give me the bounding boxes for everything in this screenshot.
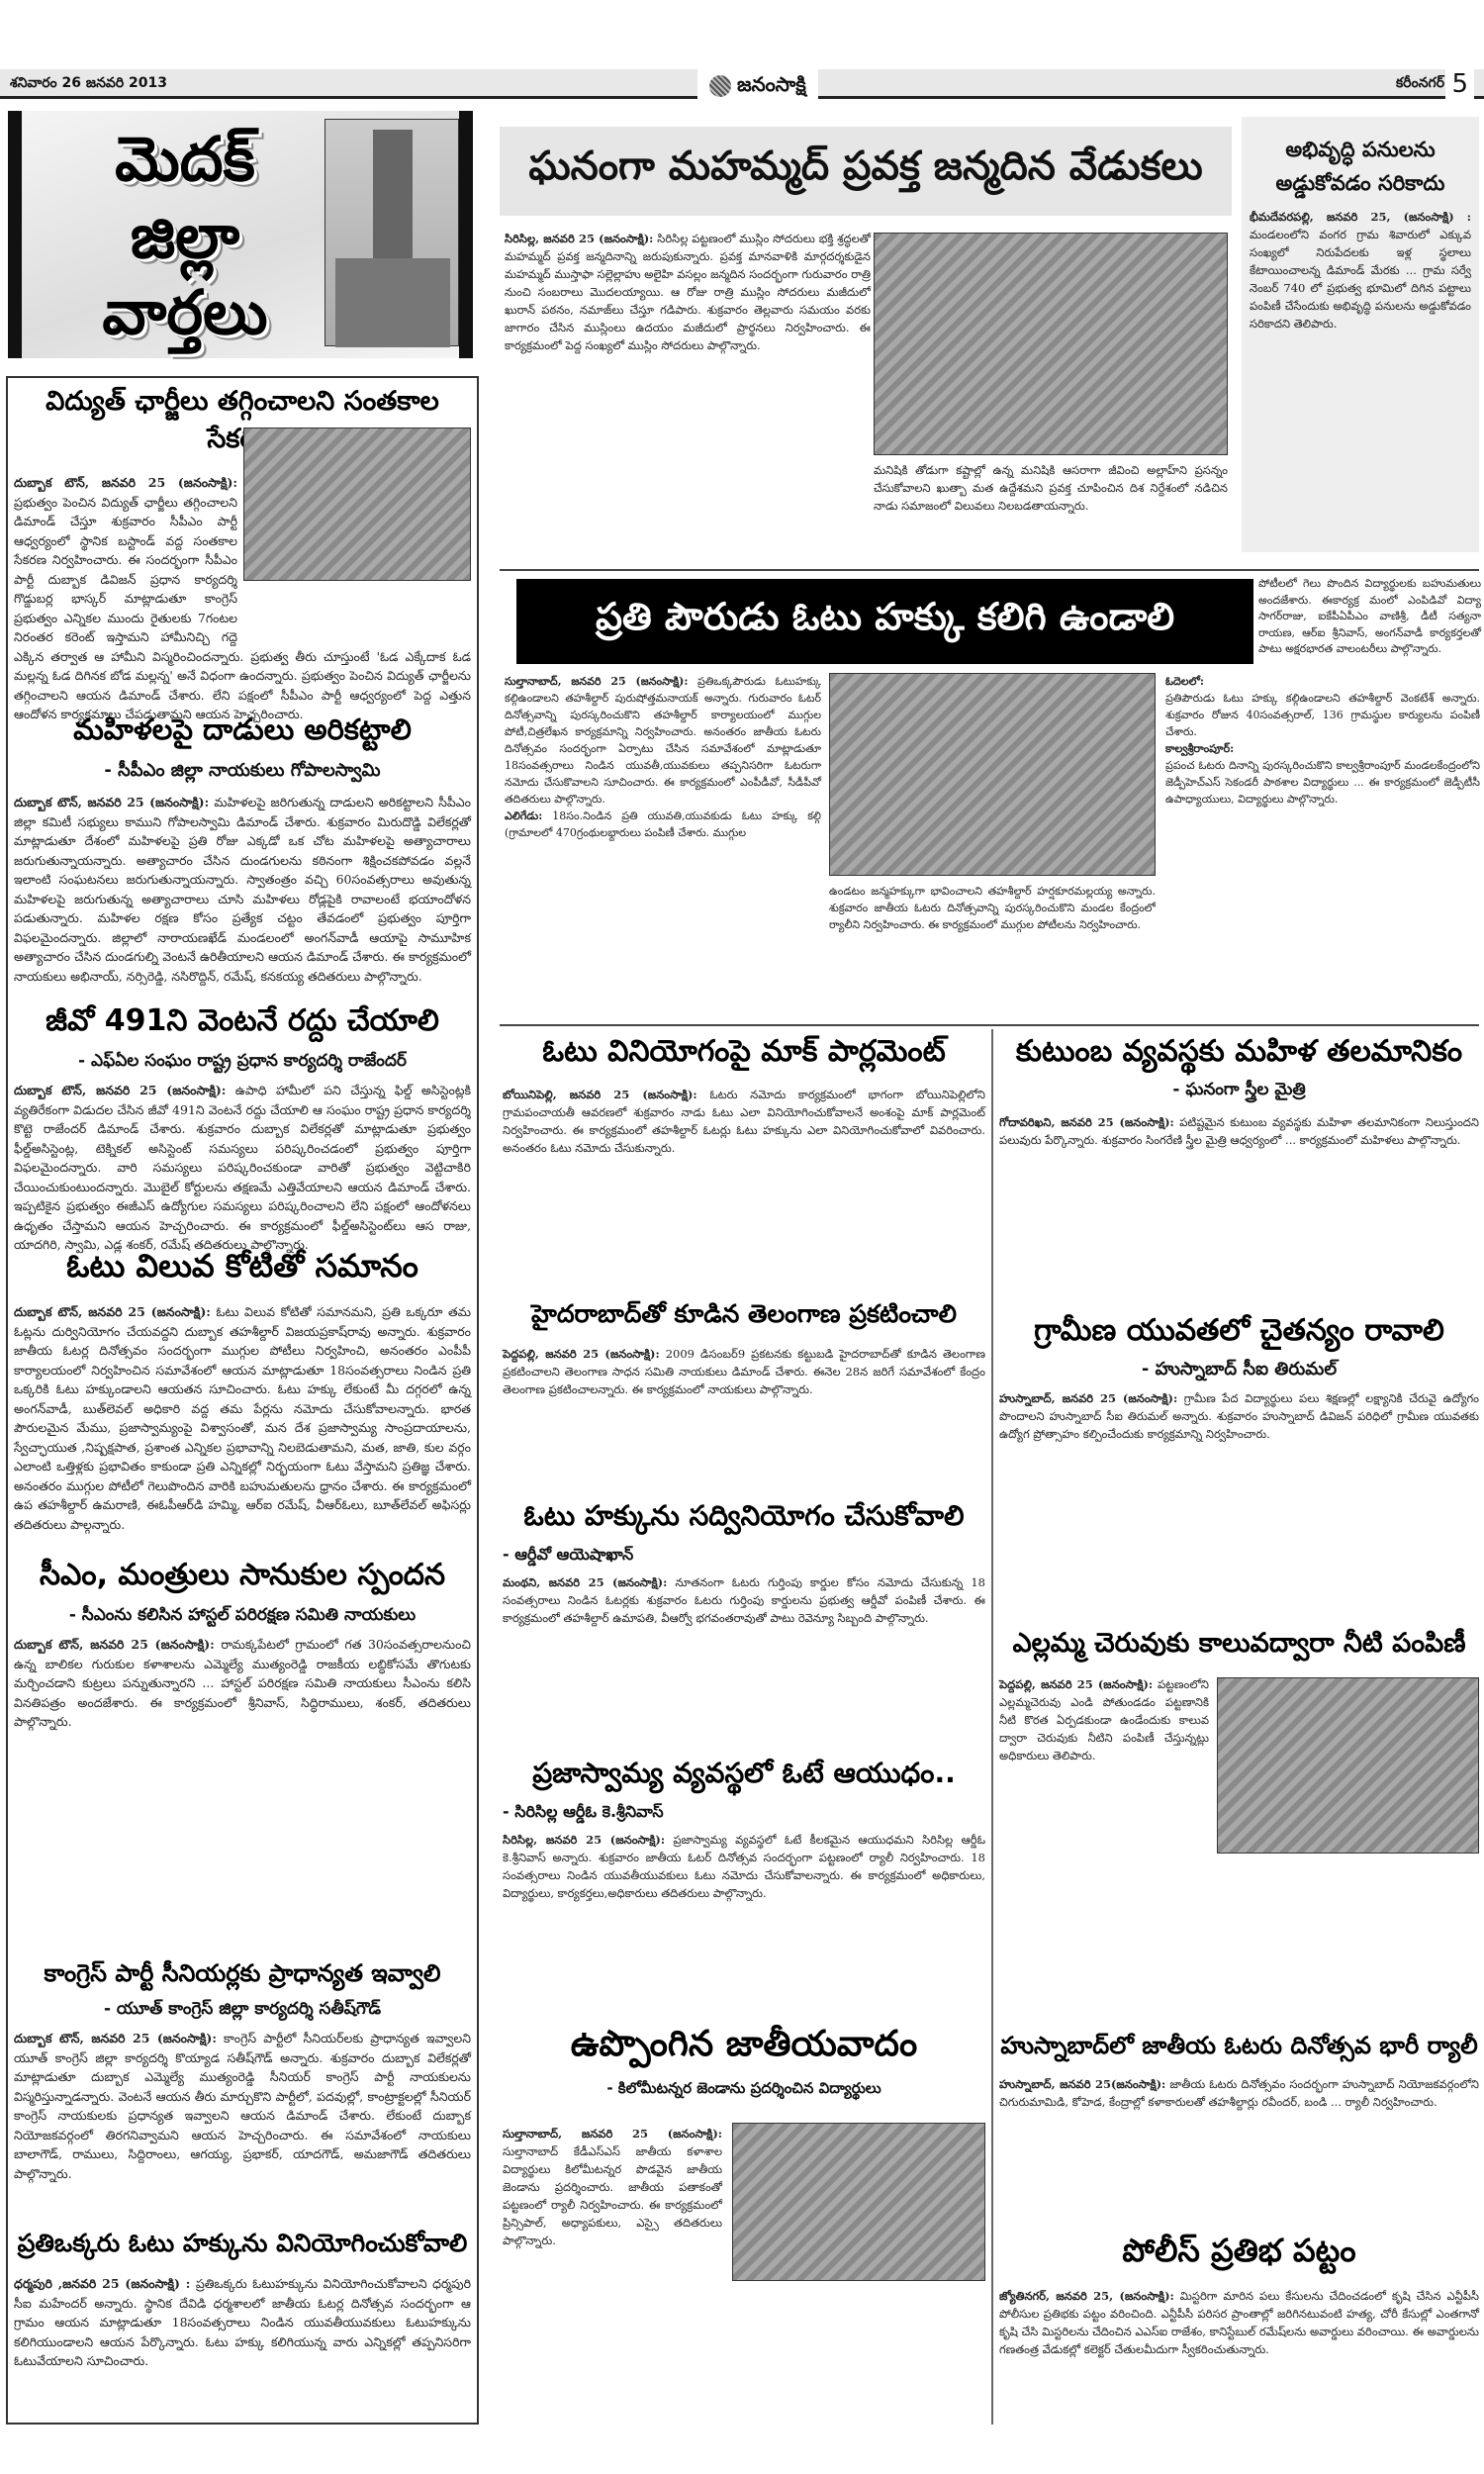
headline: కుటుంబ వ్యవస్థకు మహిళ తలమానికం <box>999 1034 1479 1076</box>
dateline: మంథని, జనవరి 25 (జనంసాక్షి): <box>503 1575 667 1589</box>
feature-body-continued: మనిషికి తోడుగా కష్టాల్లో ఉన్న మనిషికి ఆస… <box>874 461 1228 515</box>
vote-right-top: పోటీలలో గెలు పొందిన విద్యార్థులకు బహుమతు… <box>1258 576 1481 658</box>
flag-rally-photo <box>732 2123 985 2281</box>
body-text: ఉపాధి హామీలో పని చేస్తున్న ఫిల్డ్ అసిస్ట… <box>14 1083 471 1252</box>
church-photo <box>325 119 459 346</box>
body-text: ఓటు విలువ కోటితో సమానమని, ప్రతి ఒక్కరూ త… <box>14 1304 471 1532</box>
article-everyone-vote: ప్రతిఒక్కరు ఓటు హక్కును వినియోగించుకోవాల… <box>14 2229 471 2371</box>
vote-headline-box: ప్రతి పౌరుడు ఓటు హక్కు కలిగి ఉండాలి <box>516 579 1253 664</box>
procession-photo <box>874 233 1228 455</box>
dateline: పెద్దపల్లి, జనవరి 25 (జనంసాక్షి): <box>999 1677 1153 1691</box>
headline: ప్రతిఒక్కరు ఓటు హక్కును వినియోగించుకోవాల… <box>14 2229 471 2264</box>
right-column: కుటుంబ వ్యవస్థకు మహిళ తలమానికం - ఘనంగా స… <box>999 1034 1479 1149</box>
article-body: సుల్తానాబాద్, జనవరి 25 (జనంసాక్షి): సుల్… <box>503 2125 722 2249</box>
vote-mid-text: ఉండటం జన్మహక్కుగా భావించాలని తహశీల్దార్ … <box>829 883 1156 933</box>
subhead: - హుస్నాబాద్ సీఐ తిరుమల్ <box>999 1359 1479 1383</box>
headline: ఎల్లమ్మ చెరువుకు కాలువద్వారా నీటి పంపిణీ <box>999 1628 1479 1665</box>
subhead: - సిరిసిల్ల ఆర్డీఓ కె.శ్రీనివాస్ <box>503 1802 985 1825</box>
dateline: సుల్తానాబాద్, జనవరి 25 (జనంసాక్షి): <box>503 2127 722 2141</box>
divider <box>500 1024 1479 1026</box>
canal-photo <box>1217 1677 1479 1854</box>
article-body: దుబ్బాక టౌన్, జనవరి 25 (జనంసాక్షి): మహిళ… <box>14 793 471 986</box>
headline: సీఎం, మంత్రులు సానుకుల స్పందన <box>14 1558 471 1599</box>
article-telangana: హైదరాబాద్‌తో కూడిన తెలంగాణ ప్రకటించాలి ప… <box>503 1299 985 1398</box>
dateline: దుబ్బాక టౌన్, జనవరి 25 (జనంసాక్షి): <box>14 1304 211 1319</box>
column-divider <box>991 1029 993 2425</box>
subsection-label: ఎలిగేడు: <box>505 809 542 822</box>
article-photo <box>243 428 471 581</box>
masthead: శనివారం 26 జనవరి 2013 జనంసాక్షి కరీంనగర్… <box>0 69 1484 99</box>
dateline: ధర్మపురి ,జనవరి 25 (జనంసాక్షి) : <box>14 2276 190 2291</box>
article-power-charges: విద్యుత్ ఛార్జీలు తగ్గించాలని సంతకాల సేక… <box>14 386 471 724</box>
odela-label: ఓదెలలో: <box>1165 675 1204 688</box>
logo-text: జనంసాక్షి <box>737 72 806 101</box>
article-body: హుస్నాబాద్, జనవరి 25(జనంసాక్షి): జాతీయ ఓ… <box>999 2075 1479 2111</box>
article-body: మంథని, జనవరి 25 (జనంసాక్షి): నూతనంగా ఓటర… <box>503 1573 985 1627</box>
logo-emblem-icon <box>709 75 731 97</box>
section-title-line2: జిల్లా వార్తలు <box>42 198 328 351</box>
subsection-text: 18సం.నిండిన ప్రతి యువతి,యువకుడు ఓటు హక్క… <box>505 809 821 839</box>
article-body: హుస్నాబాద్, జనవరి 25 (జనంసాక్షి): గ్రామీ… <box>999 1389 1479 1443</box>
dateline: దుబ్బాక టౌన్, జనవరి 25 (జనంసాక్షి): <box>14 2031 217 2046</box>
headline: ప్రజాస్వామ్య వ్యవస్థలో ఓటే ఆయుధం.. <box>503 1757 985 1796</box>
article-body: దుబ్బాక టౌన్, జనవరి 25 (జనంసాక్షి): ఉపాధ… <box>14 1081 471 1255</box>
odela-text: ప్రతిపౌరుడు ఓటు హక్కు కల్గిఉండాలని తహశీల… <box>1165 692 1480 738</box>
dateline: పెద్దపల్లి, జనవరి 25 (జనంసాక్షి): <box>503 1347 660 1361</box>
kalva-text: ప్రపంచ ఓటరు దినాన్ని పురస్కరించుకొని కాల… <box>1165 759 1480 806</box>
certificate-photo <box>829 673 1156 876</box>
headline: ఘనంగా మహమ్మద్ ప్రవక్త జన్మదిన వేడుకలు <box>528 143 1202 199</box>
body-text: సుల్తానాబాద్ కేడీఎస్ఎస్ జాతీయ కళాశాల విద… <box>503 2144 722 2247</box>
body-text: సిరిసిల్ల పట్టణంలో ముస్లిం సోదరులు భక్తి… <box>505 232 871 352</box>
headline: ఓటు విలువ కోటితో సమానం <box>14 1247 471 1292</box>
article-body: బోయినిపెల్లి, జనవరి 25 (జనంసాక్షి): ఓటరు… <box>503 1086 985 1157</box>
headline: అభివృద్ధి పనులను అడ్డుకోవడం సరికాదు <box>1242 133 1479 200</box>
headline: గ్రామీణ యువతలో చైతన్యం రావాలి <box>999 1313 1479 1355</box>
subhead: - ఆర్డీవో ఆయెషాఖాన్ <box>503 1545 985 1568</box>
article-vote-value: ఓటు విలువ కోటితో సమానం దుబ్బాక టౌన్, జనవ… <box>14 1247 471 1534</box>
article-husnabad-rally: హుస్నాబాద్‌లో జాతీయ ఓటరు దినోత్సవ భారీ ర… <box>999 2032 1479 2111</box>
dateline: సుల్తానాబాద్, జనవరి 25 (జనంసాక్షి): <box>505 675 688 688</box>
dateline: భీమదేవరపల్లి, జనవరి 25, (జనంసాక్షి) : <box>1250 210 1471 224</box>
building-shape <box>335 258 450 347</box>
article-congress-seniors: కాంగ్రెస్ పార్టీ సీనియర్లకు ప్రాధాన్యత ఇ… <box>14 1959 471 2183</box>
headline: ఓటు వినియోగంపై మాక్ పార్లమెంట్ <box>503 1034 985 1076</box>
article-body: భీమదేవరపల్లి, జనవరి 25, (జనంసాక్షి) : మం… <box>1242 200 1479 340</box>
feature-headline-box: ఘనంగా మహమ్మద్ ప్రవక్త జన్మదిన వేడుకలు <box>500 127 1232 216</box>
page-number: 5 <box>1445 69 1474 99</box>
newspaper-logo: జనంసాక్షి <box>697 69 818 103</box>
subhead: - ఎఫ్ఏల సంఘం రాష్ట్ర ప్రధాన కార్యదర్శి ర… <box>14 1051 471 1075</box>
article-cm-response: సీఎం, మంత్రులు సానుకుల స్పందన - సీఎంను క… <box>14 1558 471 1732</box>
section-banner: మెదక్ జిల్లా వార్తలు <box>8 111 473 358</box>
dateline: బోయినిపెల్లి, జనవరి 25 (జనంసాక్షి): <box>503 1088 697 1101</box>
article-body: పెద్దపల్లి, జనవరి 25 (జనంసాక్షి): పట్టణం… <box>999 1675 1209 1764</box>
section-title-line1: మెదక్ <box>42 121 328 198</box>
subhead: - యూత్ కాంగ్రెస్ జిల్లా కార్యదర్శి సతీష్… <box>14 1999 471 2023</box>
headline: ఉప్పొంగిన జాతీయవాదం <box>503 2024 985 2073</box>
headline: కాంగ్రెస్ పార్టీ సీనియర్లకు ప్రాధాన్యత ఇ… <box>14 1959 471 1993</box>
article-police-honour: పోలీస్ ప్రతిభ పట్టం జ్యోతినగర్, జనవరి 25… <box>999 2232 1479 2358</box>
body-text: ప్రతిఒక్కపౌరుడు ఓటుహక్కు కల్గిఉండాలని తహ… <box>505 675 821 806</box>
headline: ప్రతి పౌరుడు ఓటు హక్కు కలిగి ఉండాలి <box>596 595 1174 648</box>
article-body: జ్యోతినగర్, జనవరి 25, (జనంసాక్షి): మిస్ట… <box>999 2287 1479 2358</box>
article-rural-youth: గ్రామీణ యువతలో చైతన్యం రావాలి - హుస్నాబా… <box>999 1313 1479 1443</box>
kalva-label: కాల్వశ్రీరాంపూర్: <box>1165 742 1234 755</box>
divider <box>500 569 1479 571</box>
issue-date: శనివారం 26 జనవరి 2013 <box>10 75 167 94</box>
article-democracy-vote: ప్రజాస్వామ్య వ్యవస్థలో ఓటే ఆయుధం.. - సిర… <box>503 1757 985 1902</box>
headline: మహిళలపై దాడులు అరికట్టాలి <box>14 713 471 754</box>
development-box: అభివృద్ధి పనులను అడ్డుకోవడం సరికాదు భీమద… <box>1242 117 1479 552</box>
article-body: దుబ్బాక టౌన్, జనవరి 25 (జనంసాక్షి): రామక… <box>14 1635 471 1732</box>
headline: ఓటు హక్కును సద్వినియోగం చేసుకోవాలి <box>503 1499 985 1539</box>
feature-body: సిరిసిల్ల, జనవరి 25 (జనంసాక్షి): సిరిసిల… <box>505 230 871 354</box>
article-nationalism: ఉప్పొంగిన జాతీయవాదం - కిలోమీటన్నర జెండాన… <box>503 2024 985 2249</box>
article-go-491: జీవో 491ని వెంటనే రద్దు చేయాలి - ఎఫ్ఏల స… <box>14 1003 471 1255</box>
body-text: మండలంలోని వంగర గ్రామ శివారులో ఎక్కువ సంఖ… <box>1250 228 1471 331</box>
article-body: గోదావరిఖని, జనవరి 25 (జనంసాక్షి): పటిష్ట… <box>999 1113 1479 1149</box>
edition-city: కరీంనగర్ <box>1396 75 1444 94</box>
dateline: హుస్నాబాద్, జనవరి 25 (జనంసాక్షి): <box>999 1391 1177 1405</box>
dateline: సిరిసిల్ల, జనవరి 25 (జనంసాక్షి): <box>505 232 653 245</box>
subhead: - సీపీఎం జిల్లా నాయకులు గోపాలస్వామి <box>14 760 471 785</box>
headline: జీవో 491ని వెంటనే రద్దు చేయాలి <box>14 1003 471 1045</box>
section-title: మెదక్ జిల్లా వార్తలు <box>42 121 328 351</box>
dateline: జ్యోతినగర్, జనవరి 25, (జనంసాక్షి): <box>999 2289 1174 2303</box>
dateline: దుబ్బాక టౌన్, జనవరి 25 (జనంసాక్షి): <box>14 475 237 490</box>
headline: పోలీస్ ప్రతిభ పట్టం <box>999 2232 1479 2277</box>
article-mock-parliament: ఓటు వినియోగంపై మాక్ పార్లమెంట్ బోయినిపెల… <box>503 1034 985 1157</box>
left-column: విద్యుత్ ఛార్జీలు తగ్గించాలని సంతకాల సేక… <box>6 376 479 2425</box>
vote-body: సుల్తానాబాద్, జనవరి 25 (జనంసాక్షి): ప్రత… <box>505 673 821 841</box>
article-body: దుబ్బాక టౌన్, జనవరి 25 (జనంసాక్షి): ఓటు … <box>14 1302 471 1534</box>
dateline: హుస్నాబాద్, జనవరి 25(జనంసాక్షి): <box>999 2077 1165 2091</box>
article-women-attacks: మహిళలపై దాడులు అరికట్టాలి - సీపీఎం జిల్ల… <box>14 713 471 986</box>
subhead: - ఘనంగా స్త్రీల మైత్రి <box>999 1080 1479 1103</box>
article-women-family: కుటుంబ వ్యవస్థకు మహిళ తలమానికం - ఘనంగా స… <box>999 1034 1479 1149</box>
article-vote-right-usage: ఓటు హక్కును సద్వినియోగం చేసుకోవాలి - ఆర్… <box>503 1499 985 1627</box>
article-yellamma-lake: ఎల్లమ్మ చెరువుకు కాలువద్వారా నీటి పంపిణీ… <box>999 1628 1479 1764</box>
article-body: సిరిసిల్ల, జనవరి 25 (జనంసాక్షి): ప్రజాస్… <box>503 1831 985 1902</box>
dateline: దుబ్బాక టౌన్, జనవరి 25 (జనంసాక్షి): <box>14 1637 215 1652</box>
headline: హుస్నాబాద్‌లో జాతీయ ఓటరు దినోత్సవ భారీ ర… <box>999 2032 1479 2065</box>
article-body: పెద్దపల్లి, జనవరి 25 (జనంసాక్షి): 2009 డ… <box>503 1345 985 1398</box>
dateline: దుబ్బాక టౌన్, జనవరి 25 (జనంసాక్షి): <box>14 795 209 809</box>
body-text: కాంగ్రెస్ పార్టీలో సీనియర్‌లకు ప్రాధాన్య… <box>14 2031 471 2181</box>
subhead: - సీఎంను కలిసిన హాస్టల్ పరిరక్షణ సమితి న… <box>14 1605 471 1629</box>
subhead: - కిలోమీటన్నర జెండాను ప్రదర్శించిన విద్య… <box>503 2079 985 2101</box>
dateline: దుబ్బాక టౌన్, జనవరి 25 (జనంసాక్షి): <box>14 1083 226 1097</box>
vote-right-col: ఓదెలలో: ప్రతిపౌరుడు ఓటు హక్కు కల్గిఉండాల… <box>1165 673 1480 808</box>
body-text: మహిళలపై జరిగుతున్న దాడులని అరికట్టాలని స… <box>14 795 471 984</box>
dateline: సిరిసిల్ల, జనవరి 25 (జనంసాక్షి): <box>503 1833 665 1847</box>
headline: హైదరాబాద్‌తో కూడిన తెలంగాణ ప్రకటించాలి <box>503 1299 985 1335</box>
article-body: ధర్మపురి ,జనవరి 25 (జనంసాక్షి) : ప్రతిఒక… <box>14 2274 471 2371</box>
middle-column: ఓటు వినియోగంపై మాక్ పార్లమెంట్ బోయినిపెల… <box>503 1034 985 1157</box>
article-body: దుబ్బాక టౌన్, జనవరి 25 (జనంసాక్షి): కాంగ… <box>14 2029 471 2183</box>
dateline: గోదావరిఖని, జనవరి 25 (జనంసాక్షి): <box>999 1115 1174 1129</box>
